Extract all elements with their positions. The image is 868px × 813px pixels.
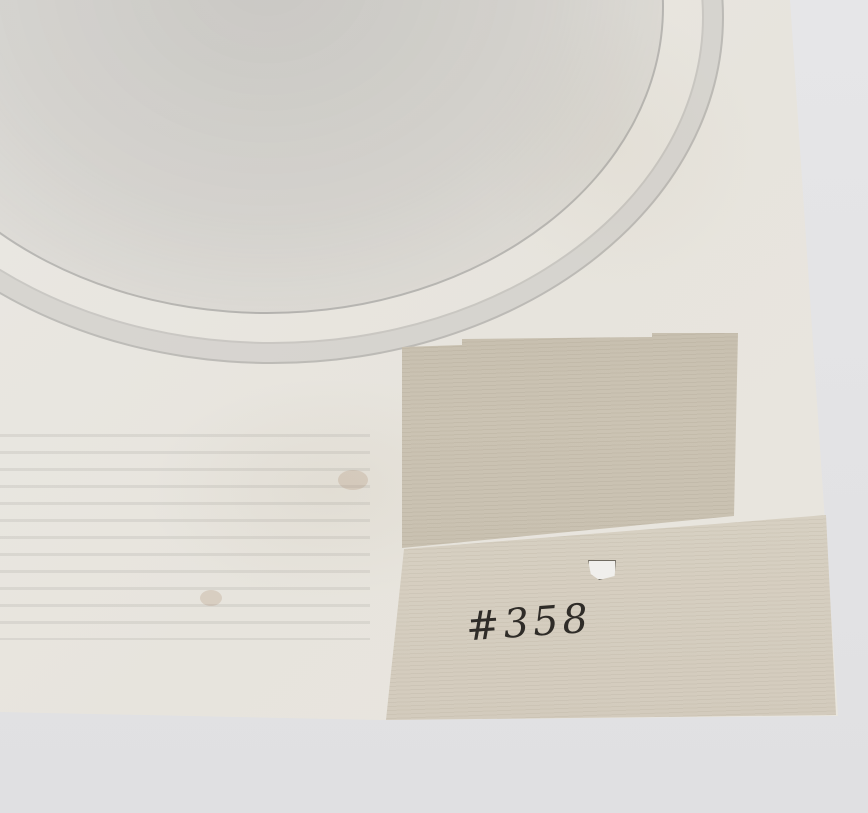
paper-hinge-upper bbox=[402, 333, 738, 548]
foxing-stain bbox=[200, 590, 222, 606]
faded-caption-text bbox=[0, 420, 370, 640]
foxing-stain bbox=[338, 470, 368, 490]
handwritten-inventory-number: #358 bbox=[465, 596, 594, 651]
paper-hinge-lower bbox=[386, 515, 838, 720]
